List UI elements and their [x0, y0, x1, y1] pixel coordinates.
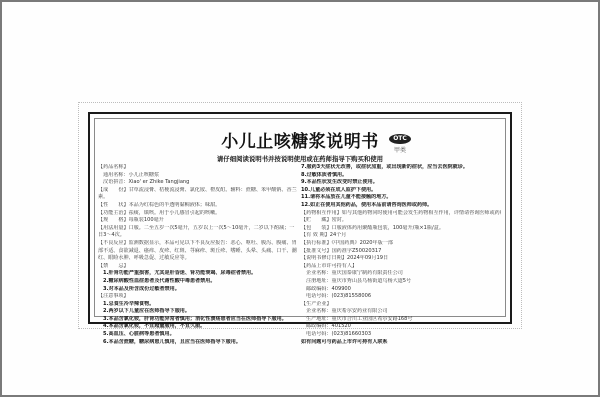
text-line: 【批准文号】国药准字Z50020317 [301, 248, 501, 256]
text-line: 企业名称：重庆希尔安药业有限公司 [301, 308, 501, 316]
leaflet-inner-border: 小儿止咳糖浆说明书 OTC 甲类 请仔细阅读说明书并按说明使用或在药师指导下购买… [94, 118, 506, 317]
text-line: 邮政编码：409900 [301, 286, 501, 294]
document-title: 小儿止咳糖浆说明书 [221, 132, 379, 152]
text-line: 2.糖尿病酸性血症患者及代谢性酸中毒患者禁用。 [98, 278, 298, 286]
text-line: 企业名称：重庆国泰康宁制药有限责任公司 [301, 270, 501, 278]
text-line: 3.本品含氯化铵，肝肾功能异常者慎用；消化性溃疡患者应当在医师指导下服用。 [98, 316, 298, 324]
text-line: 电话号码：(023)81660303 [301, 331, 501, 339]
text-line: 2.两岁以下儿童应在医师指导下服用。 [98, 308, 298, 316]
text-line: 【禁 忌】 [98, 263, 298, 271]
text-line: 1.肝肾功能严重损害，尤其是肝昏迷、肾功能衰竭、尿毒症者禁用。 [98, 270, 298, 278]
text-line: 7.服药3天症状无改善，或症状加重，或出现新的症状，应当去医院就诊。 [301, 164, 501, 172]
text-line: 如有问题可与药品上市许可持有人联系 [301, 339, 501, 347]
text-line: 【不良反应】监测数据显示，本品可见以下不良反应报告：恶心、呕吐、腹泻、腹痛、胃部… [98, 240, 298, 263]
text-line: 【生产企业】 [301, 301, 501, 309]
text-line: 【注意事项】 [98, 293, 298, 301]
document-subtitle: 请仔细阅读说明书并按说明使用或在药师指导下购买和使用 [95, 154, 505, 163]
text-line: 9.本品性状发生改变时禁止使用。 [301, 179, 501, 187]
text-line: 3.对本品及所含成份过敏者禁用。 [98, 286, 298, 294]
text-line: 6.本品含蔗糖，糖尿病患儿慎用，且应当在医师指导下服用。 [98, 339, 298, 347]
text-line: 通用名称：小儿止咳糖浆 [98, 172, 298, 180]
text-line: 【药品上市许可持有人】 [301, 263, 501, 271]
text-line: 【功能主治】祛痰，镇咳。用于小儿感冒引起的咳嗽。 [98, 210, 298, 218]
text-line: 【成 份】甘草流浸膏、桔梗流浸膏、氯化铵、橙皮酊。辅料：蔗糖、苯甲酸钠、香兰素。 [98, 187, 298, 202]
text-line: 汉语拼音：Xiao' er Zhike Tangjiang [98, 179, 298, 187]
text-line: 生产地址：重庆市合川工业园区希尔安路168号 [301, 316, 501, 324]
text-line: 【用法用量】口服。二至五岁一次5毫升，五岁以上一次5～10毫升，二岁以下酌减；一… [98, 225, 298, 240]
otc-badge-icon: OTC [389, 134, 411, 144]
text-line: 8.过敏体质者慎用。 [301, 172, 501, 180]
text-line: 【药品名称】 [98, 164, 298, 172]
text-line: 【性 状】本品为红棕色的半透明黏稠液体；味甜。 [98, 202, 298, 210]
text-line: 1.忌食生冷辛辣食物。 [98, 301, 298, 309]
right-column: 7.服药3天症状无改善，或症状加重，或出现新的症状，应当去医院就诊。8.过敏体质… [301, 164, 501, 346]
text-line: 【药物相互作用】如与其他药物同时使用可能会发生药物相互作用，详情请咨询医师或药师… [301, 210, 501, 218]
text-line: 10.儿童必须在成人监护下使用。 [301, 187, 501, 195]
otc-mark: OTC 甲类 [383, 125, 417, 154]
text-line: 【有 效 期】24个月 [301, 232, 501, 240]
text-line: 【规 格】每瓶装100毫升 [98, 217, 298, 225]
text-line: 【贮 藏】密封。 [301, 217, 501, 225]
otc-class-label: 甲类 [383, 145, 417, 154]
text-line: 12.如正在使用其他药品，使用本品前请咨询医师或药师。 [301, 202, 501, 210]
text-line: 5.高血压、心脏病等患者慎用。 [98, 331, 298, 339]
text-line: 注册地址：重庆市秀山县乌杨街道乌杨大道5号 [301, 278, 501, 286]
text-line: 电话号码：(023)81558006 [301, 293, 501, 301]
text-line: 【说明书修订日期】2024年09月19日 [301, 255, 501, 263]
text-line: 4.本品含氯化铵，不宜超量服用，不宜久服。 [98, 323, 298, 331]
title-row: 小儿止咳糖浆说明书 [95, 127, 505, 152]
text-line: 【包 装】口服液体药用聚酯瓶包装，100毫升/瓶×1瓶/盒。 [301, 225, 501, 233]
left-column: 【药品名称】通用名称：小儿止咳糖浆汉语拼音：Xiao' er Zhike Tan… [98, 164, 298, 346]
text-line: 邮政编码：401520 [301, 323, 501, 331]
text-line: 11.请将本品放在儿童不能接触的地方。 [301, 194, 501, 202]
text-line: 【执行标准】《中国药典》2020年版一部 [301, 240, 501, 248]
